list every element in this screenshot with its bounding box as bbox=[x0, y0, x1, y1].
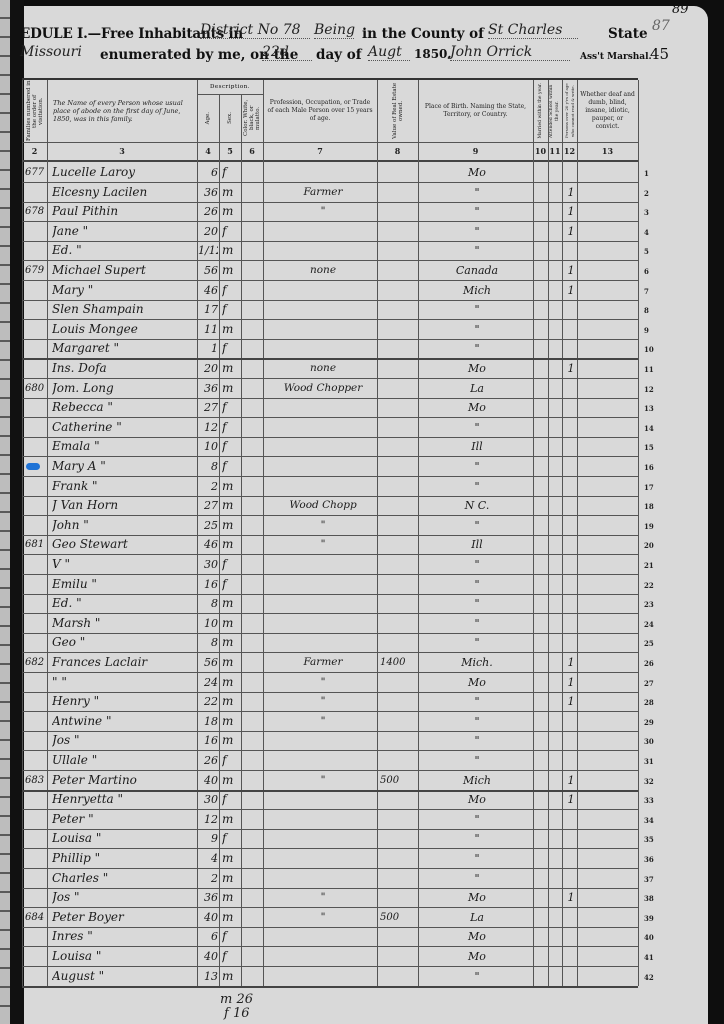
sex: f bbox=[222, 281, 240, 301]
line-number: 6 bbox=[644, 267, 658, 276]
sex: f bbox=[222, 790, 240, 810]
table-row: Inres "6fMo bbox=[22, 927, 638, 947]
birthplace: Canada bbox=[422, 261, 532, 281]
birthplace: La bbox=[422, 908, 532, 928]
table-row: Jos "36m"Mo1 bbox=[22, 888, 638, 908]
sex: m bbox=[222, 849, 240, 869]
occupation bbox=[268, 751, 378, 771]
birthplace: Mo bbox=[422, 947, 532, 967]
occupation: " bbox=[268, 888, 378, 908]
table-row: J Van Horn27mWood ChoppN C. bbox=[22, 496, 638, 516]
table-row: John "25m"" bbox=[22, 516, 638, 536]
occupation bbox=[268, 300, 378, 320]
real-estate-value bbox=[380, 849, 418, 869]
age: 17 bbox=[198, 300, 218, 320]
person-name: Jom. Long bbox=[52, 379, 197, 399]
occupation bbox=[268, 163, 378, 183]
col-num: 10 bbox=[533, 142, 548, 160]
person-name: Michael Supert bbox=[52, 261, 197, 281]
birthplace: " bbox=[422, 516, 532, 536]
family-number bbox=[25, 477, 47, 497]
illiterate-mark: 1 bbox=[566, 790, 576, 810]
table-row: Rebecca "27fMo bbox=[22, 398, 638, 418]
person-name: Henryetta " bbox=[52, 790, 197, 810]
sex: m bbox=[222, 614, 240, 634]
sex: m bbox=[222, 477, 240, 497]
illiterate-mark bbox=[566, 398, 576, 418]
person-name: Jos " bbox=[52, 731, 197, 751]
illiterate-mark bbox=[566, 810, 576, 830]
illiterate-mark bbox=[566, 496, 576, 516]
illiterate-mark: 1 bbox=[566, 888, 576, 908]
family-number bbox=[25, 575, 47, 595]
sex: f bbox=[222, 418, 240, 438]
family-number: 682 bbox=[25, 653, 47, 673]
birthplace: " bbox=[422, 869, 532, 889]
illiterate-mark bbox=[566, 967, 576, 987]
illiterate-mark: 1 bbox=[566, 653, 576, 673]
illiterate-mark: 1 bbox=[566, 359, 576, 379]
col-header-age: Age. bbox=[197, 94, 219, 142]
table-row: 678Paul Pithin26m""1 bbox=[22, 202, 638, 222]
sex: f bbox=[222, 339, 240, 359]
age: 27 bbox=[198, 398, 218, 418]
illiterate-mark bbox=[566, 633, 576, 653]
family-number bbox=[25, 849, 47, 869]
family-number bbox=[25, 673, 47, 693]
age: 26 bbox=[198, 202, 218, 222]
family-number bbox=[25, 496, 47, 516]
real-estate-value bbox=[380, 614, 418, 634]
occupation bbox=[268, 594, 378, 614]
family-number bbox=[25, 614, 47, 634]
page-number-stamp: 89 bbox=[672, 2, 689, 17]
person-name: Mary " bbox=[52, 281, 197, 301]
age: 6 bbox=[198, 927, 218, 947]
occupation bbox=[268, 555, 378, 575]
age: 11 bbox=[198, 320, 218, 340]
illiterate-mark bbox=[566, 300, 576, 320]
occupation: " bbox=[268, 692, 378, 712]
rule bbox=[22, 142, 638, 143]
family-number: 683 bbox=[25, 771, 47, 791]
sex: m bbox=[222, 496, 240, 516]
age: 46 bbox=[198, 281, 218, 301]
age: 10 bbox=[198, 614, 218, 634]
age: 40 bbox=[198, 947, 218, 967]
table-row: Peter "12m" bbox=[22, 810, 638, 830]
birthplace: " bbox=[422, 967, 532, 987]
age: 36 bbox=[198, 379, 218, 399]
illiterate-mark bbox=[566, 575, 576, 595]
page-number-printed: 45 bbox=[650, 45, 669, 63]
table-row: Mary "46fMich1 bbox=[22, 281, 638, 301]
age: 56 bbox=[198, 653, 218, 673]
occupation: " bbox=[268, 535, 378, 555]
column-rule bbox=[638, 80, 639, 986]
age: 56 bbox=[198, 261, 218, 281]
family-number bbox=[25, 731, 47, 751]
illiterate-mark bbox=[566, 712, 576, 732]
table-row: Margaret "1f" bbox=[22, 339, 638, 359]
birthplace: " bbox=[422, 849, 532, 869]
occupation bbox=[268, 398, 378, 418]
real-estate-value: 500 bbox=[380, 771, 418, 791]
line-number: 21 bbox=[644, 561, 658, 570]
family-number bbox=[25, 829, 47, 849]
family-number bbox=[25, 594, 47, 614]
line-number: 27 bbox=[644, 679, 658, 688]
sex: m bbox=[222, 594, 240, 614]
state-label: State bbox=[608, 26, 648, 42]
illiterate-mark bbox=[566, 731, 576, 751]
illiterate-mark bbox=[566, 869, 576, 889]
table-row: 677Lucelle Laroy6fMo bbox=[22, 163, 638, 183]
day-label: day of bbox=[316, 47, 362, 63]
person-name: J Van Horn bbox=[52, 496, 197, 516]
birthplace: Mich bbox=[422, 281, 532, 301]
person-name: Peter Martino bbox=[52, 771, 197, 791]
col-header-illiterate: Persons over 20 y'rs of age who cannot r… bbox=[562, 80, 577, 142]
col-header-real-estate: Value of Real Estate owned. bbox=[377, 80, 418, 142]
district-field: District No 78 bbox=[200, 22, 310, 39]
line-number: 12 bbox=[644, 385, 658, 394]
table-row: Antwine "18m"" bbox=[22, 712, 638, 732]
illiterate-mark bbox=[566, 829, 576, 849]
illiterate-mark: 1 bbox=[566, 673, 576, 693]
person-name: Emilu " bbox=[52, 575, 197, 595]
person-name: Ins. Dofa bbox=[52, 359, 197, 379]
family-number bbox=[25, 398, 47, 418]
family-number bbox=[25, 320, 47, 340]
occupation bbox=[268, 947, 378, 967]
family-number bbox=[25, 339, 47, 359]
real-estate-value bbox=[380, 241, 418, 261]
birthplace: " bbox=[422, 241, 532, 261]
sex: m bbox=[222, 967, 240, 987]
birthplace: N C. bbox=[422, 496, 532, 516]
person-name: Geo " bbox=[52, 633, 197, 653]
birthplace: " bbox=[422, 810, 532, 830]
col-num: 4 bbox=[197, 142, 219, 160]
person-name: Ed. " bbox=[52, 594, 197, 614]
county-label: in the County of bbox=[362, 26, 484, 42]
illiterate-mark bbox=[566, 516, 576, 536]
line-number: 15 bbox=[644, 443, 658, 452]
col-num: 9 bbox=[418, 142, 533, 160]
family-number bbox=[25, 692, 47, 712]
line-number: 9 bbox=[644, 326, 658, 335]
occupation: " bbox=[268, 202, 378, 222]
birthplace: Ill bbox=[422, 437, 532, 457]
real-estate-value: 500 bbox=[380, 908, 418, 928]
occupation: none bbox=[268, 261, 378, 281]
col-header-sex: Sex. bbox=[219, 94, 241, 142]
real-estate-value bbox=[380, 594, 418, 614]
sex: m bbox=[222, 261, 240, 281]
sex: m bbox=[222, 653, 240, 673]
illiterate-mark: 1 bbox=[566, 222, 576, 242]
family-number bbox=[25, 712, 47, 732]
person-name: Marsh " bbox=[52, 614, 197, 634]
birthplace: " bbox=[422, 633, 532, 653]
family-number: 681 bbox=[25, 535, 47, 555]
female-tally: f 16 bbox=[224, 1006, 250, 1021]
person-name: Jane " bbox=[52, 222, 197, 242]
line-number: 42 bbox=[644, 973, 658, 982]
state-field: Missouri bbox=[20, 44, 90, 60]
birthplace: " bbox=[422, 477, 532, 497]
line-number: 13 bbox=[644, 404, 658, 413]
occupation bbox=[268, 222, 378, 242]
person-name: Mary A " bbox=[52, 457, 197, 477]
real-estate-value bbox=[380, 555, 418, 575]
illiterate-mark bbox=[566, 379, 576, 399]
occupation bbox=[268, 829, 378, 849]
real-estate-value: 1400 bbox=[380, 653, 418, 673]
sex: f bbox=[222, 575, 240, 595]
table-row: Ullale "26f" bbox=[22, 751, 638, 771]
birthplace: Mo bbox=[422, 673, 532, 693]
being-field: Being bbox=[314, 22, 354, 39]
person-name: Paul Pithin bbox=[52, 202, 197, 222]
real-estate-value bbox=[380, 516, 418, 536]
col-header-color: Color. White, black, or mulatto. bbox=[241, 94, 263, 142]
sex: m bbox=[222, 869, 240, 889]
sex: m bbox=[222, 712, 240, 732]
age: 13 bbox=[198, 967, 218, 987]
line-number: 35 bbox=[644, 835, 658, 844]
sex: f bbox=[222, 927, 240, 947]
real-estate-value bbox=[380, 281, 418, 301]
age: 22 bbox=[198, 692, 218, 712]
line-number: 20 bbox=[644, 541, 658, 550]
rule bbox=[22, 160, 638, 162]
real-estate-value bbox=[380, 398, 418, 418]
family-number bbox=[25, 967, 47, 987]
birthplace: Mo bbox=[422, 398, 532, 418]
age: 8 bbox=[198, 633, 218, 653]
sex: m bbox=[222, 810, 240, 830]
occupation bbox=[268, 869, 378, 889]
illiterate-mark: 1 bbox=[566, 261, 576, 281]
highlight-marker[interactable] bbox=[26, 463, 40, 470]
age: 30 bbox=[198, 790, 218, 810]
sex: m bbox=[222, 771, 240, 791]
person-name: V " bbox=[52, 555, 197, 575]
person-name: Ed. " bbox=[52, 241, 197, 261]
adjacent-page-edge bbox=[0, 0, 10, 1024]
person-name: Louis Mongee bbox=[52, 320, 197, 340]
line-number: 26 bbox=[644, 659, 658, 668]
col-num: 8 bbox=[377, 142, 418, 160]
sex: f bbox=[222, 947, 240, 967]
birthplace: " bbox=[422, 418, 532, 438]
month-field: Augt bbox=[368, 44, 410, 61]
family-number bbox=[25, 516, 47, 536]
sex: m bbox=[222, 731, 240, 751]
birthplace: " bbox=[422, 222, 532, 242]
real-estate-value bbox=[380, 183, 418, 203]
age: 8 bbox=[198, 594, 218, 614]
family-number: 679 bbox=[25, 261, 47, 281]
age: 27 bbox=[198, 496, 218, 516]
family-number bbox=[25, 555, 47, 575]
real-estate-value bbox=[380, 947, 418, 967]
real-estate-value bbox=[380, 967, 418, 987]
illiterate-mark bbox=[566, 908, 576, 928]
col-num: 12 bbox=[562, 142, 577, 160]
family-number bbox=[25, 281, 47, 301]
col-header-married: Married within the year. bbox=[533, 80, 548, 142]
real-estate-value bbox=[380, 222, 418, 242]
day-field: 22d bbox=[262, 44, 312, 61]
real-estate-value bbox=[380, 202, 418, 222]
table-row: Phillip "4m" bbox=[22, 849, 638, 869]
birthplace: " bbox=[422, 555, 532, 575]
real-estate-value bbox=[380, 477, 418, 497]
table-row: Mary A "8f" bbox=[22, 457, 638, 477]
real-estate-value bbox=[380, 673, 418, 693]
age: 2 bbox=[198, 869, 218, 889]
illiterate-mark: 1 bbox=[566, 281, 576, 301]
person-name: Jos " bbox=[52, 888, 197, 908]
age: 6 bbox=[198, 163, 218, 183]
real-estate-value bbox=[380, 731, 418, 751]
person-name: Henry " bbox=[52, 692, 197, 712]
col-num: 11 bbox=[548, 142, 562, 160]
marshal-label: Ass't Marshal. bbox=[580, 52, 652, 62]
line-number: 11 bbox=[644, 365, 658, 374]
real-estate-value bbox=[380, 418, 418, 438]
family-number bbox=[25, 790, 47, 810]
line-number: 4 bbox=[644, 228, 658, 237]
col-header-family: Families numbered in the order of visita… bbox=[22, 80, 47, 142]
birthplace: " bbox=[422, 829, 532, 849]
illiterate-mark: 1 bbox=[566, 202, 576, 222]
birthplace: Ill bbox=[422, 535, 532, 555]
sex: f bbox=[222, 829, 240, 849]
occupation: " bbox=[268, 516, 378, 536]
family-number: 680 bbox=[25, 379, 47, 399]
table-row: 682Frances Laclair56mFarmer1400Mich.1 bbox=[22, 653, 638, 673]
person-name: August " bbox=[52, 967, 197, 987]
birthplace: " bbox=[422, 300, 532, 320]
line-number: 19 bbox=[644, 522, 658, 531]
illiterate-mark bbox=[566, 947, 576, 967]
sex: m bbox=[222, 692, 240, 712]
age: 10 bbox=[198, 437, 218, 457]
page-number-pencil: 87 bbox=[652, 18, 670, 34]
real-estate-value bbox=[380, 869, 418, 889]
occupation: " bbox=[268, 771, 378, 791]
person-name: Frank " bbox=[52, 477, 197, 497]
family-number bbox=[25, 418, 47, 438]
occupation bbox=[268, 320, 378, 340]
birthplace: Mo bbox=[422, 359, 532, 379]
occupation bbox=[268, 418, 378, 438]
age: 24 bbox=[198, 673, 218, 693]
real-estate-value bbox=[380, 790, 418, 810]
illiterate-mark bbox=[566, 437, 576, 457]
age: 20 bbox=[198, 359, 218, 379]
line-number: 38 bbox=[644, 894, 658, 903]
family-number bbox=[25, 633, 47, 653]
line-number: 29 bbox=[644, 718, 658, 727]
line-number: 8 bbox=[644, 306, 658, 315]
line-number: 23 bbox=[644, 600, 658, 609]
real-estate-value bbox=[380, 535, 418, 555]
age: 36 bbox=[198, 888, 218, 908]
line-number: 32 bbox=[644, 777, 658, 786]
family-number: 677 bbox=[25, 163, 47, 183]
real-estate-value bbox=[380, 751, 418, 771]
illiterate-mark: 1 bbox=[566, 183, 576, 203]
occupation: Wood Chopper bbox=[268, 379, 378, 399]
table-row: Louis Mongee11m" bbox=[22, 320, 638, 340]
table-row: Ed. "1/12m" bbox=[22, 241, 638, 261]
occupation bbox=[268, 241, 378, 261]
person-name: Phillip " bbox=[52, 849, 197, 869]
col-num: 5 bbox=[219, 142, 241, 160]
person-name: Elcesny Lacilen bbox=[52, 183, 197, 203]
family-number bbox=[25, 241, 47, 261]
sex: m bbox=[222, 673, 240, 693]
table-row: Jane "20f"1 bbox=[22, 222, 638, 242]
illiterate-mark bbox=[566, 457, 576, 477]
age: 46 bbox=[198, 535, 218, 555]
age: 40 bbox=[198, 908, 218, 928]
table-row: 683Peter Martino40m"500Mich1 bbox=[22, 771, 638, 791]
col-header-school: Attended School within the year. bbox=[548, 80, 562, 142]
line-number: 3 bbox=[644, 208, 658, 217]
age: 16 bbox=[198, 575, 218, 595]
table-row: Geo "8m" bbox=[22, 633, 638, 653]
occupation bbox=[268, 633, 378, 653]
line-number: 18 bbox=[644, 502, 658, 511]
age: 2 bbox=[198, 477, 218, 497]
age: 4 bbox=[198, 849, 218, 869]
age: 8 bbox=[198, 457, 218, 477]
illiterate-mark bbox=[566, 241, 576, 261]
family-number bbox=[25, 437, 47, 457]
real-estate-value bbox=[380, 575, 418, 595]
illiterate-mark bbox=[566, 555, 576, 575]
row-rule bbox=[22, 986, 638, 988]
age: 25 bbox=[198, 516, 218, 536]
real-estate-value bbox=[380, 888, 418, 908]
col-num: 3 bbox=[47, 142, 197, 160]
illiterate-mark bbox=[566, 594, 576, 614]
occupation bbox=[268, 849, 378, 869]
birthplace: Mo bbox=[422, 790, 532, 810]
age: 26 bbox=[198, 751, 218, 771]
line-number: 36 bbox=[644, 855, 658, 864]
line-number: 31 bbox=[644, 757, 658, 766]
occupation: Wood Chopp bbox=[268, 496, 378, 516]
table-row: Frank "2m" bbox=[22, 477, 638, 497]
occupation bbox=[268, 339, 378, 359]
table-row: Charles "2m" bbox=[22, 869, 638, 889]
age: 9 bbox=[198, 829, 218, 849]
person-name: Peter " bbox=[52, 810, 197, 830]
occupation bbox=[268, 477, 378, 497]
birthplace: " bbox=[422, 614, 532, 634]
occupation: " bbox=[268, 673, 378, 693]
person-name: Inres " bbox=[52, 927, 197, 947]
real-estate-value bbox=[380, 829, 418, 849]
sex: f bbox=[222, 398, 240, 418]
